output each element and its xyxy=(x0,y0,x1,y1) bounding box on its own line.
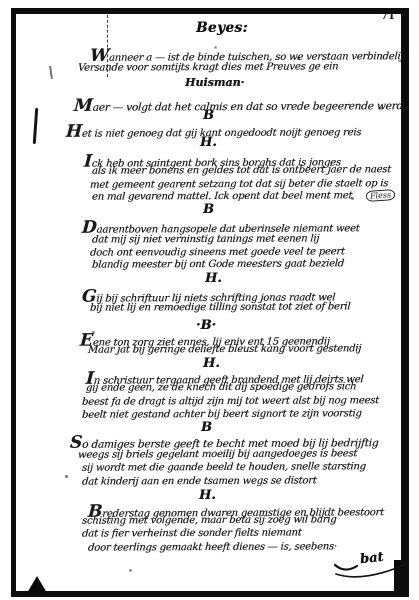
speaker-marker-b: B xyxy=(203,202,214,217)
manuscript-line: dat mij sij niet verninstig tanings met … xyxy=(92,233,320,245)
frame-top xyxy=(11,8,409,14)
boxed-annotation: Fless xyxy=(366,189,396,202)
manuscript-line: dat kinderij aan en ende tsamen wegs se … xyxy=(82,475,317,487)
manuscript-line: schisting met volgende, maar beta sij zo… xyxy=(82,514,337,526)
manuscript-line: Maar jat bij geringe deliefte bleust kan… xyxy=(88,343,362,355)
manuscript-line: gij ende geen, ze de knech dit dij spoed… xyxy=(86,381,357,393)
manuscript-line: dat is fier verheinst die sonder fielts … xyxy=(82,527,302,539)
manuscript-line: beelt niet gestand achter bij beert sign… xyxy=(82,408,362,420)
margin-tick-mark xyxy=(49,66,52,79)
manuscript-line: als ik meer bonens en geldes tot dat is … xyxy=(92,164,392,177)
manuscript-line: blandig meester bij ont Gode meesters ga… xyxy=(92,258,345,270)
speaker-marker-h: H. xyxy=(205,271,222,286)
scan-blot xyxy=(27,576,47,593)
manuscript-line: weegs sij briels gegelant moeilij bij aa… xyxy=(78,448,358,460)
respondent-name: Huisman· xyxy=(185,76,244,89)
signature-text: bat xyxy=(359,550,384,567)
manuscript-line: met gemeent gearent setzang tot dat sij … xyxy=(90,178,389,191)
manuscript-line: doch ont eenvoudig sineens met goede vee… xyxy=(90,246,345,258)
page-number: 71 xyxy=(381,11,395,22)
margin-pen-stroke xyxy=(33,108,38,144)
speaker-marker-h: H. xyxy=(200,135,217,150)
frame-left xyxy=(11,8,16,597)
page-title: Beyes: xyxy=(196,20,248,36)
manuscript-line: en mal gevarend mattel. Ick opent dat be… xyxy=(92,190,353,202)
manuscript-line: Versande voor somtijts kragt dies met Pr… xyxy=(78,61,339,73)
scan-specks xyxy=(0,0,1,1)
manuscript-line: sij wordt met die gaande beeld te houden… xyxy=(82,461,367,473)
manuscript-line: beest fa de dragt is altijd zijn mij tot… xyxy=(82,395,380,408)
manuscript-line: door teerlings gemaakt heeft dienes — is… xyxy=(88,541,338,553)
signature-block: bat xyxy=(332,552,408,582)
manuscript-line: bij niet lij en remoedige tilling sonsta… xyxy=(90,301,351,313)
manuscript-page: 71 Beyes: Wanneer a — ist de binde tuisc… xyxy=(0,0,419,600)
manuscript-line: Maer — volgt dat het calmis en dat so vr… xyxy=(73,94,403,116)
frame-bottom xyxy=(11,591,409,597)
